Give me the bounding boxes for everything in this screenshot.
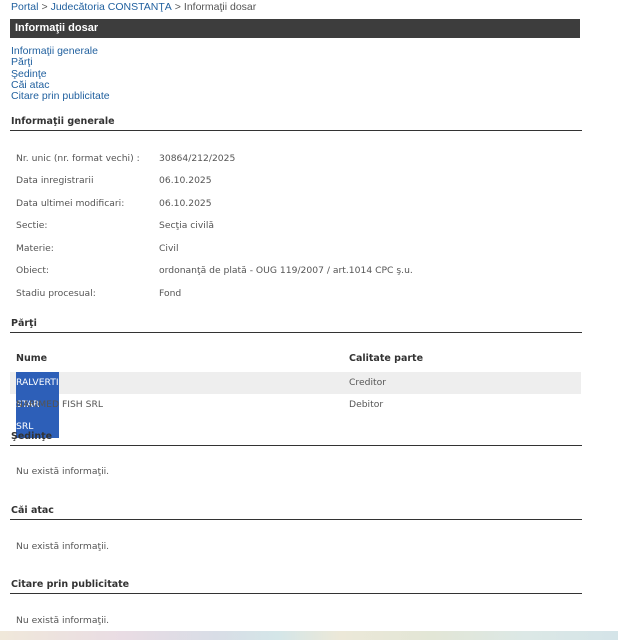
info-row-object: Obiect:ordonanţă de plată - OUG 119/2007… (16, 265, 413, 276)
party-role: Debitor (349, 394, 383, 416)
column-header-role: Calitate parte (349, 353, 423, 364)
info-value: 30864/212/2025 (159, 153, 235, 164)
section-heading-general-info: Informaţii generale (10, 116, 582, 131)
breadcrumb-separator: > (38, 1, 50, 13)
table-row: NARIMED FISH SRL Debitor (10, 394, 581, 416)
info-row-procedural-stage: Stadiu procesual:Fond (16, 288, 181, 299)
parties-table-header: Nume Calitate parte (10, 353, 581, 367)
info-label: Nr. unic (nr. format vechi) : (16, 153, 159, 164)
page-title: Informaţii dosar (10, 19, 580, 38)
party-role: Creditor (349, 372, 386, 394)
info-value: 06.10.2025 (159, 175, 212, 186)
section-heading-appeals: Căi atac (10, 505, 582, 520)
info-row-registration-date: Data inregistrarii06.10.2025 (16, 175, 212, 186)
section-anchor-nav: Informaţii generale Părţi Şedinţe Căi at… (11, 46, 110, 102)
appeals-empty-message: Nu există informaţii. (16, 541, 109, 552)
anchor-link-parties[interactable]: Părţi (11, 57, 110, 68)
info-value: Civil (159, 243, 179, 254)
breadcrumb: Portal>Judecătoria CONSTANŢA>Informaţii … (11, 1, 256, 13)
info-label: Data ultimei modificari: (16, 198, 159, 209)
party-name: NARIMED FISH SRL (16, 394, 103, 416)
breadcrumb-court-link[interactable]: Judecătoria CONSTANŢA (51, 1, 172, 13)
info-value: Secţia civilă (159, 220, 214, 231)
decorative-bottom-strip (0, 631, 618, 640)
section-heading-publicity-summons: Citare prin publicitate (10, 579, 582, 594)
publicity-empty-message: Nu există informaţii. (16, 615, 109, 626)
breadcrumb-current: Informaţii dosar (184, 1, 256, 13)
info-label: Stadiu procesual: (16, 288, 159, 299)
breadcrumb-portal-link[interactable]: Portal (11, 1, 38, 13)
section-heading-parties: Părţi (10, 318, 582, 333)
table-row: RALVERTI STAR SRL Creditor (10, 372, 581, 394)
anchor-link-publicity-summons[interactable]: Citare prin publicitate (11, 91, 110, 102)
info-row-last-modified: Data ultimei modificari:06.10.2025 (16, 198, 212, 209)
section-heading-hearings: Şedinţe (10, 431, 582, 446)
info-label: Materie: (16, 243, 159, 254)
column-header-name: Nume (16, 353, 47, 364)
info-row-section: Sectie:Secţia civilă (16, 220, 214, 231)
info-row-matter: Materie:Civil (16, 243, 179, 254)
info-row-case-number: Nr. unic (nr. format vechi) :30864/212/2… (16, 153, 235, 164)
info-value: 06.10.2025 (159, 198, 212, 209)
info-label: Data inregistrarii (16, 175, 159, 186)
info-value: ordonanţă de plată - OUG 119/2007 / art.… (159, 265, 413, 276)
info-label: Sectie: (16, 220, 159, 231)
info-label: Obiect: (16, 265, 159, 276)
breadcrumb-separator: > (172, 1, 184, 13)
info-value: Fond (159, 288, 181, 299)
hearings-empty-message: Nu există informaţii. (16, 466, 109, 477)
